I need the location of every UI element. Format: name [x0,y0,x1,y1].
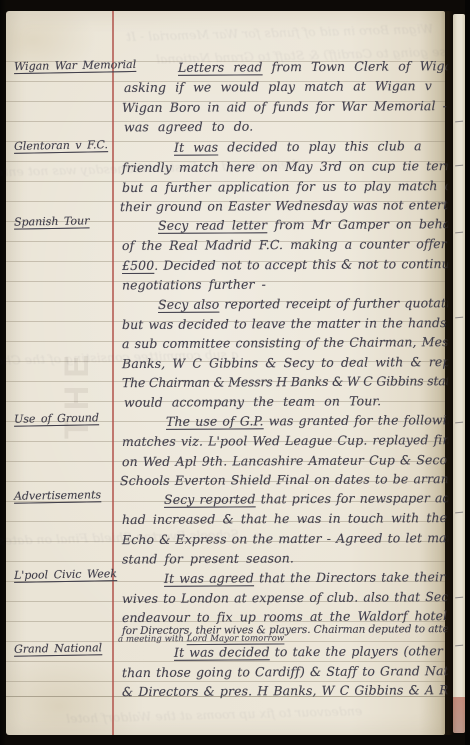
phrase: asking if we would play match at Wigan v [124,78,432,95]
next-page-text-fragment [455,594,463,599]
margin-note: Wigan War Memorial [14,58,136,73]
phrase: was granted for the following [264,412,463,428]
phrase: from Town Clerk of Wigan [263,58,461,74]
underlined-phrase: Lord Mayor tomorrow [187,633,285,644]
handwritten-line: Echo & Express on the matter - Agreed to… [122,530,470,547]
handwritten-line: Secy read letter from Mr Gamper on behal… [158,216,459,233]
handwritten-line: £500. Decided not to accept this & not t… [122,256,457,273]
phrase: wives to London at expense of club. also… [122,589,456,606]
handwritten-line: friendly match here on May 3rd on cup ti… [122,158,467,175]
next-page-text-fragment [455,118,463,123]
phrase: stand for present season. [122,550,294,566]
handwritten-line: would accompany the team on Tour. [124,393,381,410]
margin-note: Spanish Tour [14,214,90,228]
handwritten-line: stand for present season. [122,550,294,566]
underlined-phrase: The use of G.P. [166,413,264,429]
underlined-phrase: It was [174,139,218,154]
next-page-text-fragment [455,419,463,424]
phrase: their ground on Easter Wednesday was not… [120,197,470,214]
phrase: was agreed to do. [124,119,253,135]
phrase: matches viz. L'pool Wed League Cup. repl… [122,432,462,449]
underlined-phrase: Secy read letter [158,217,267,233]
phrase: from Mr Gamper on behalf [267,216,459,232]
underlined-phrase: Secy also [158,297,219,312]
red-page-edge-stain [453,697,465,733]
handwritten-line: wives to London at expense of club. also… [122,589,456,606]
handwritten-line: Secy also reported receipt of further qu… [158,295,470,312]
next-page-text-fragment [455,162,463,167]
handwritten-line: on Wed Apl 9th. Lancashire Amateur Cup &… [122,452,470,469]
phrase: to take the players (other [270,643,443,659]
minute-book-page: THE Wigan Boro in aid of funds for War M… [6,11,445,735]
handwritten-line: Secy reported that prices for newspaper … [164,490,470,507]
handwritten-line: Letters read from Town Clerk of Wigan [178,58,460,75]
margin-note: Glentoran v F.C. [14,138,108,153]
handwritten-line: a meeting with Lord Mayor tomorrow [118,633,284,644]
next-page-text-fragment [455,229,463,234]
handwritten-line: Banks, W C Gibbins & Secy to deal with &… [122,354,470,371]
next-page-text-fragment [455,509,463,514]
handwritten-line: The use of G.P. was granted for the foll… [166,412,463,429]
handwritten-line: Schools Everton Shield Final on dates to… [120,471,470,488]
phrase: Wigan Boro in aid of funds for War Memor… [122,98,464,115]
handwritten-line: Wigan Boro in aid of funds for War Memor… [122,98,464,115]
handwritten-line: but a further application for us to play… [122,178,460,195]
phrase: friendly match here on May 3rd on cup ti… [122,158,467,175]
handwritten-line: their ground on Easter Wednesday was not… [120,197,470,214]
handwritten-line: but was decided to leave the matter in t… [122,315,464,332]
next-page-edge [453,14,465,733]
handwritten-line: & Directors & pres. H Banks, W C Gibbins… [122,682,470,699]
margin-note: Use of Ground [14,411,99,425]
handwritten-line: was agreed to do. [124,119,253,135]
phrase: decided to play this club a [218,138,422,154]
phrase: would accompany the team on Tour. [124,393,381,410]
phrase: but was decided to leave the matter in t… [122,315,464,332]
phrase: of the Real Madrid F.C. making a counter… [122,236,466,253]
handwritten-line: than those going to Cardiff) & Staff to … [122,663,470,680]
photo-background: THE Wigan Boro in aid of funds for War M… [0,0,470,745]
margin-note: Grand National [14,641,102,656]
phrase: Banks, W C Gibbins & Secy to deal with &… [122,354,470,371]
phrase: Schools Everton Shield Final on dates to… [120,471,470,488]
red-margin-rule [112,11,114,735]
margin-note: Advertisements [14,488,101,503]
underlined-phrase: Letters read [178,59,263,75]
underlined-phrase: Secy reported [164,491,256,507]
handwritten-line: It was agreed that the Directors take th… [164,569,445,586]
next-page-text-fragment [455,642,463,647]
ghost-show-through-line: endeavour to fix up rooms at the Waldorf… [66,703,363,726]
underlined-phrase: It was decided [174,644,270,660]
margin-note: L'pool Civic Week [14,567,117,582]
handwritten-line: of the Real Madrid F.C. making a counter… [122,236,466,253]
handwritten-line: It was decided to play this club a [174,138,422,155]
underlined-phrase: £500 [122,258,154,273]
phrase: reported receipt of further quotations [219,295,470,312]
underlined-phrase: It was agreed [164,570,254,586]
handwritten-line: a sub committee consisting of the Chairm… [122,334,470,351]
handwritten-line: It was decided to take the players (othe… [174,643,443,660]
handwritten-line: The Chairman & Messrs H Banks & W C Gibb… [122,373,470,390]
phrase: The Chairman & Messrs H Banks & W C Gibb… [122,373,470,390]
page-gap-shadow [445,11,453,735]
handwritten-line: asking if we would play match at Wigan v [124,78,432,95]
phrase: than those going to Cardiff) & Staff to … [122,663,470,680]
phrase: had increased & that he was in touch wit… [122,510,447,527]
handwritten-line: matches viz. L'pool Wed League Cup. repl… [122,432,462,449]
phrase: a meeting with [118,634,187,644]
phrase: that prices for newspaper advts [256,490,470,506]
handwritten-line: had increased & that he was in touch wit… [122,510,447,527]
phrase: & Directors & pres. H Banks, W C Gibbins… [122,682,470,699]
phrase: on Wed Apl 9th. Lancashire Amateur Cup &… [122,452,470,469]
phrase: a sub committee consisting of the Chairm… [122,334,470,351]
phrase: Echo & Express on the matter - Agreed to… [122,530,470,547]
photo-border-right [465,0,470,745]
next-page-text-fragment [455,314,463,319]
phrase: that the Directors take their [254,569,445,585]
ghost-show-through-line: Wigan Boro in aid of funds for War Memor… [126,21,434,44]
phrase: but a further application for us to play… [122,178,460,195]
phrase: . Decided not to accept this & not to co… [154,256,457,273]
phrase: negotiations further - [122,277,266,293]
handwritten-line: negotiations further - [122,277,266,293]
